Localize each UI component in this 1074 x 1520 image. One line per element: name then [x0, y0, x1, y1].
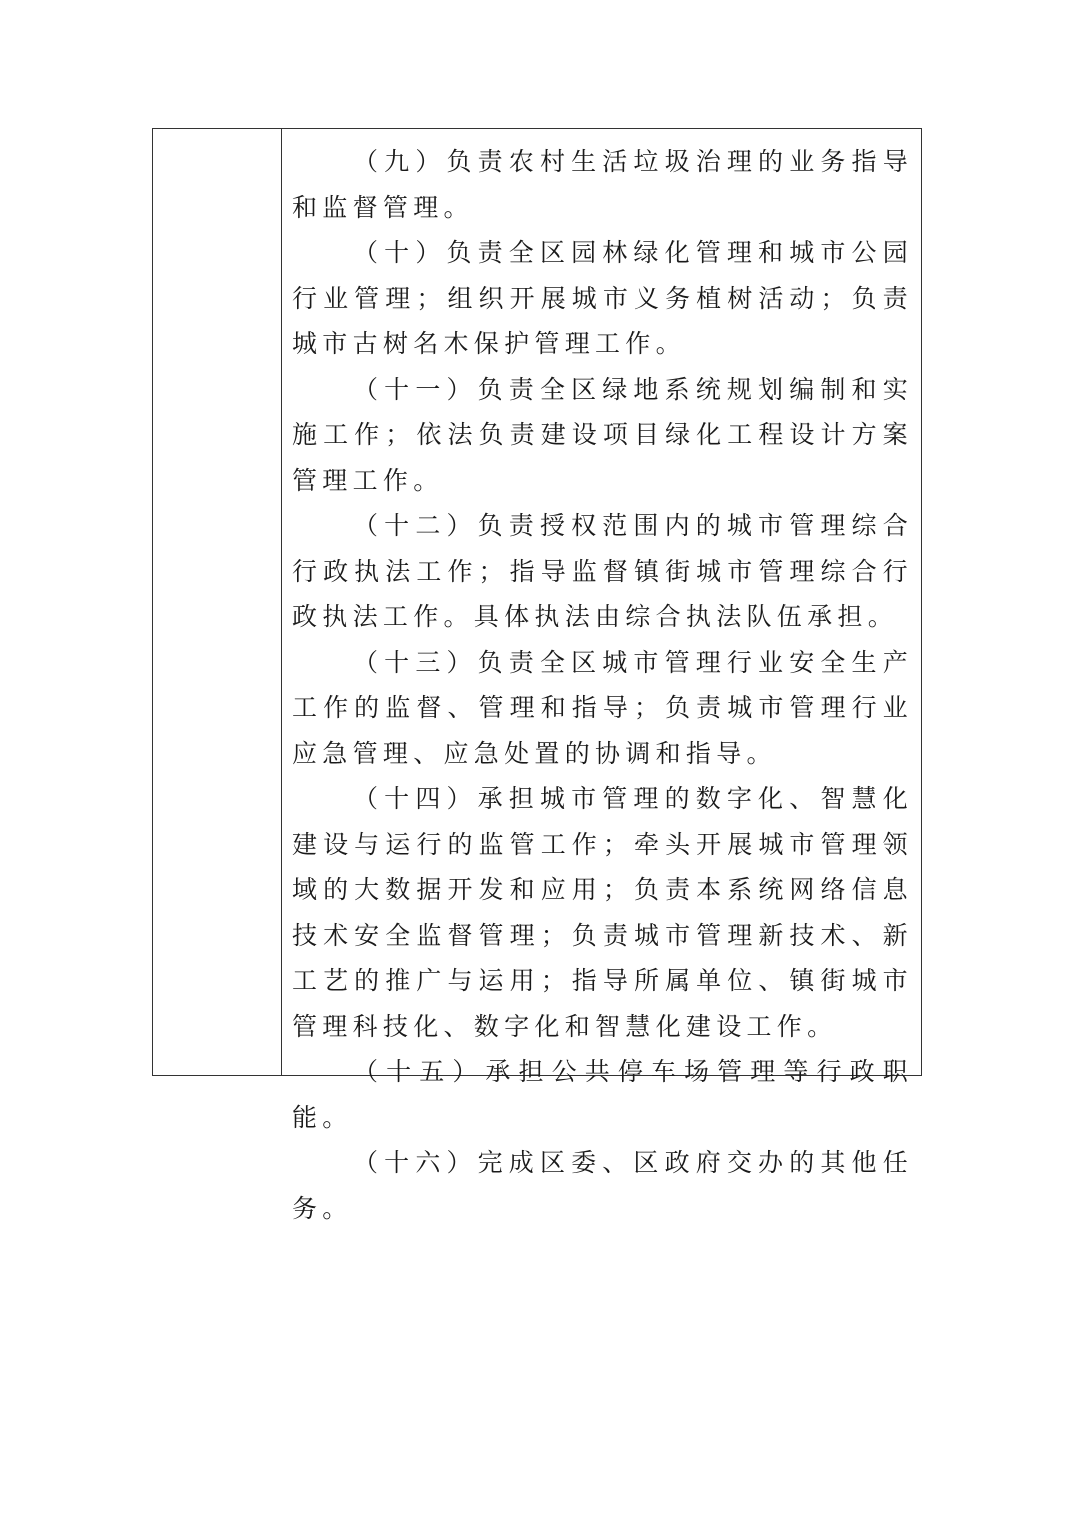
duties-table: （九）负责农村生活垃圾治理的业务指导和监督管理。 （十）负责全区园林绿化管理和城… — [152, 128, 922, 1076]
duty-item-13: （十三）负责全区城市管理行业安全生产工作的监督、管理和指导；负责城市管理行业应急… — [292, 640, 913, 777]
duty-item-10: （十）负责全区园林绿化管理和城市公园行业管理；组织开展城市义务植树活动；负责城市… — [292, 230, 913, 367]
duty-item-12: （十二）负责授权范围内的城市管理综合行政执法工作；指导监督镇街城市管理综合行政执… — [292, 503, 913, 640]
duty-item-14: （十四）承担城市管理的数字化、智慧化建设与运行的监管工作；牵头开展城市管理领域的… — [292, 776, 913, 1049]
duty-item-11: （十一）负责全区绿地系统规划编制和实施工作；依法负责建设项目绿化工程设计方案管理… — [292, 367, 913, 504]
duty-item-15: （十五）承担公共停车场管理等行政职能。 — [292, 1049, 913, 1140]
table-left-cell — [153, 129, 282, 1075]
duty-item-16: （十六）完成区委、区政府交办的其他任务。 — [292, 1140, 913, 1231]
duty-item-9: （九）负责农村生活垃圾治理的业务指导和监督管理。 — [292, 139, 913, 230]
table-content-cell: （九）负责农村生活垃圾治理的业务指导和监督管理。 （十）负责全区园林绿化管理和城… — [282, 129, 921, 1075]
